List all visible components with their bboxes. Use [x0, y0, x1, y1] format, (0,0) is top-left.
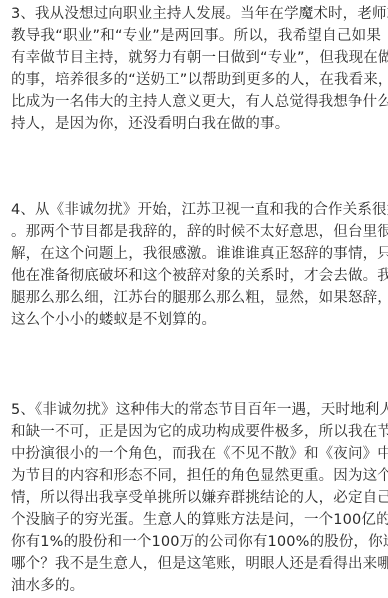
paragraph-line: 有幸做节目主持，就努力有朝一日做到“专业”，但我现在做 [11, 47, 381, 69]
paragraph-line: 解，在这个问题上，我很感激。谁谁谁真正怒辞的事情，只有 [11, 243, 381, 265]
paragraph-line: 的事，培养很多的“送奶工”以帮助到更多的人，在我看来， [11, 69, 381, 91]
paragraph-line: 教导我“职业”和“专业”是两回事。所以，我希望自己如果 [11, 25, 381, 47]
paragraph-line: 。那两个节目都是我辞的，辞的时候不太好意思，但台里很理 [11, 221, 381, 243]
paragraph-line: 腿那么那么细，江苏台的腿那么那么粗，显然，如果怒辞，我 [11, 287, 381, 309]
paragraph-line: 你有1%的股份和一个100万的公司你有100%的股份，你选择要 [11, 531, 381, 553]
paragraph-line: 3、我从没想过向职业主持人发展。当年在学魔术时，老师就 [11, 3, 381, 25]
paragraph-line: 为节目的内容和形态不同，担任的角色显然更重。因为这个事 [11, 465, 381, 487]
paragraph-3: 3、我从没想过向职业主持人发展。当年在学魔术时，老师就 教导我“职业”和“专业”… [11, 3, 381, 135]
paragraph-line: 和缺一不可，正是因为它的成功构成要件极多，所以我在节目 [11, 421, 381, 443]
paragraph-line: 情，所以得出我享受单挑所以嫌弃群挑结论的人，必定自己是 [11, 487, 381, 509]
paragraph-line: 5、《非诚勿扰》这种伟大的常态节目百年一遇，天时地利人 [11, 399, 381, 421]
paragraph-4: 4、从《非诚勿扰》开始，江苏卫视一直和我的合作关系很好 。那两个节目都是我辞的，… [11, 199, 381, 331]
paragraph-line: 比成为一名伟大的主持人意义更大，有人总觉得我想争什么主 [11, 91, 381, 113]
paragraph-line: 4、从《非诚勿扰》开始，江苏卫视一直和我的合作关系很好 [11, 199, 381, 221]
paragraph-5: 5、《非诚勿扰》这种伟大的常态节目百年一遇，天时地利人 和缺一不可，正是因为它的… [11, 399, 381, 597]
paragraph-line: 持人，是因为你，还没看明白我在做的事。 [11, 113, 381, 135]
paragraph-line: 这么个小小的蝼蚁是不划算的。 [11, 309, 381, 331]
paragraph-line: 中扮演很小的一个角色，而我在《不见不散》和《夜问》中因 [11, 443, 381, 465]
paragraph-line: 油水多的。 [11, 575, 381, 597]
paragraph-line: 哪个？我不是生意人，但是这笔账，明眼人还是看得出来哪个 [11, 553, 381, 575]
paragraph-line: 他在准备彻底破坏和这个被辞对象的关系时，才会去做。我的 [11, 265, 381, 287]
paragraph-line: 个没脑子的穷光蛋。生意人的算账方法是问，一个100亿的公司 [11, 509, 381, 531]
